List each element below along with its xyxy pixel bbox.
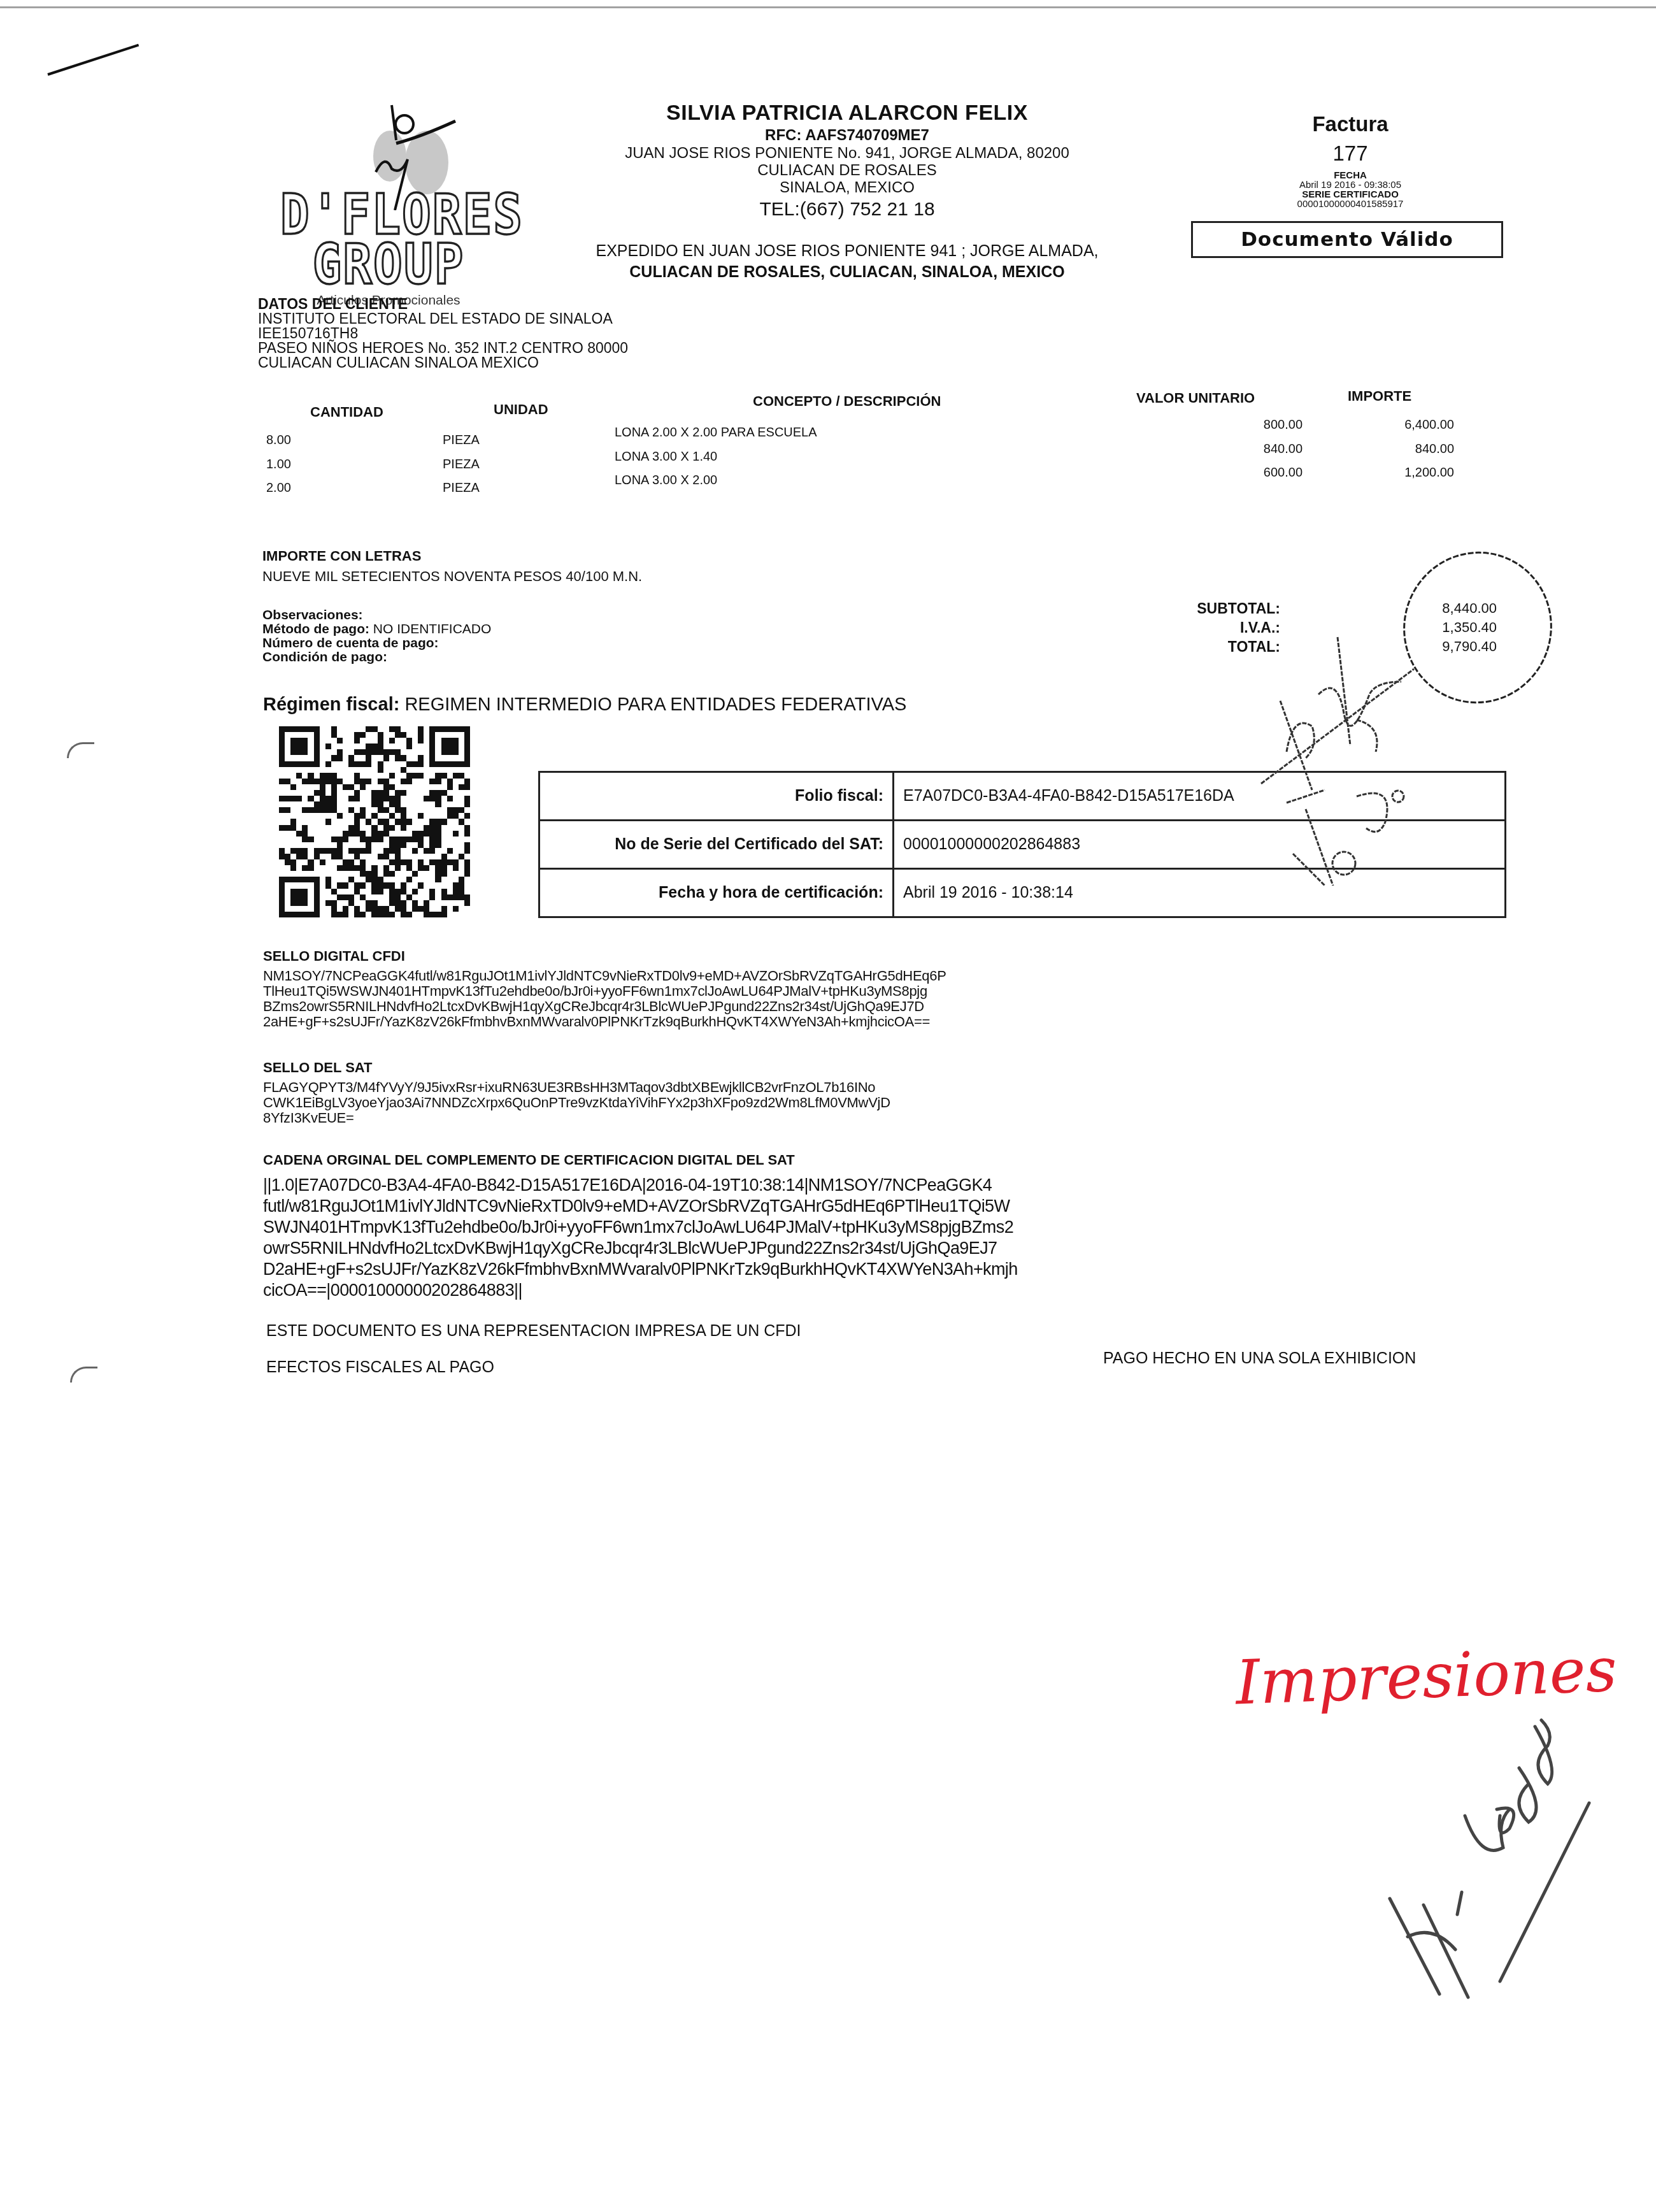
col-header-importe: IMPORTE [1348, 388, 1411, 405]
regimen-value: REGIMEN INTERMEDIO PARA ENTIDADES FEDERA… [404, 694, 906, 715]
issuer-address-line: CULIACAN DE ROSALES [560, 162, 1134, 179]
invoice-id-block: Factura 177 FECHA Abril 19 2016 - 09:38:… [1191, 112, 1510, 209]
item-concepto: LONA 3.00 X 2.00 [615, 473, 717, 488]
hole-punch-mark [70, 1367, 97, 1382]
item-importe: 1,200.00 [1327, 466, 1454, 480]
item-cantidad: 8.00 [266, 433, 291, 448]
issuer-name: SILVIA PATRICIA ALARCON FELIX [560, 101, 1134, 126]
invoice-type: Factura [1191, 112, 1510, 136]
regimen-fiscal: Régimen fiscal: REGIMEN INTERMEDIO PARA … [263, 694, 906, 715]
efectos-fiscales: EFECTOS FISCALES AL PAGO [266, 1358, 494, 1377]
item-unidad: PIEZA [443, 481, 480, 496]
text-line: CWK1EiBgLV3yoeYjao3Ai7NNDZcXrpx6QuOnPTre… [263, 1095, 890, 1110]
item-concepto: LONA 2.00 X 2.00 PARA ESCUELA [615, 426, 817, 440]
sello-sat-title: SELLO DEL SAT [263, 1059, 890, 1076]
issuer-header: SILVIA PATRICIA ALARCON FELIX RFC: AAFS7… [560, 101, 1134, 220]
issuer-address-line: JUAN JOSE RIOS PONIENTE No. 941, JORGE A… [560, 145, 1134, 162]
amount-words-value: NUEVE MIL SETECIENTOS NOVENTA PESOS 40/1… [262, 568, 642, 585]
item-valor_unitario: 800.00 [1175, 418, 1303, 433]
item-importe: 840.00 [1327, 442, 1454, 457]
col-header-cantidad: CANTIDAD [310, 404, 383, 420]
cert-label: Fecha y hora de certificación: [539, 869, 894, 917]
cfdi-note: ESTE DOCUMENTO ES UNA REPRESENTACION IMP… [266, 1322, 801, 1340]
status-badge: Documento Válido [1191, 221, 1503, 258]
amount-words-block: IMPORTE CON LETRAS NUEVE MIL SETECIENTOS… [262, 548, 642, 585]
text-line: SWJN401HTmpvK13fTu2ehdbe0o/bJr0i+yyoFF6w… [263, 1217, 1018, 1238]
text-line: futl/w81RguJOt1M1ivlYJldNTC9vNieRxTD0lv9… [263, 1196, 1018, 1217]
metodo-label: Método de pago: [262, 622, 369, 636]
item-importe: 6,400.00 [1327, 418, 1454, 433]
condicion-label: Condición de pago: [262, 650, 387, 664]
client-address: PASEO NIÑOS HEROES No. 352 INT.2 CENTRO … [258, 341, 628, 355]
observations-title: Observaciones: [262, 608, 491, 622]
client-section-title: DATOS DEL CLIENTE [258, 297, 628, 312]
issuer-phone: TEL:(667) 752 21 18 [560, 199, 1134, 220]
expedido-line: EXPEDIDO EN JUAN JOSE RIOS PONIENTE 941 … [560, 241, 1134, 262]
regimen-label: Régimen fiscal: [263, 694, 399, 715]
cadena-title: CADENA ORGINAL DEL COMPLEMENTO DE CERTIF… [263, 1152, 1018, 1168]
item-concepto: LONA 3.00 X 1.40 [615, 450, 717, 464]
text-line: 2aHE+gF+s2sUJFr/YazK8zV26kFfmbhvBxnMWvar… [263, 1014, 946, 1030]
pen-mark [47, 44, 139, 76]
client-name: INSTITUTO ELECTORAL DEL ESTADO DE SINALO… [258, 312, 628, 326]
observations-block: Observaciones: Método de pago: NO IDENTI… [262, 608, 491, 664]
text-line: NM1SOY/7NCPeaGGK4futl/w81RguJOt1M1ivlYJl… [263, 968, 946, 984]
invoice-date-label: FECHA [1191, 171, 1510, 180]
client-rfc: IEE150716TH8 [258, 326, 628, 341]
item-unidad: PIEZA [443, 433, 480, 448]
invoice-number: 177 [1191, 141, 1510, 166]
cuenta-label: Número de cuenta de pago: [262, 636, 439, 650]
cert-label: No de Serie del Certificado del SAT: [539, 821, 894, 869]
item-valor_unitario: 600.00 [1175, 466, 1303, 480]
col-header-valor-unitario: VALOR UNITARIO [1136, 390, 1255, 406]
company-logo: D'FLORES GROUP Articulos Promocionales [280, 102, 497, 293]
col-header-unidad: UNIDAD [494, 401, 548, 418]
sello-cfdi-title: SELLO DIGITAL CFDI [263, 948, 946, 965]
col-header-concepto: CONCEPTO / DESCRIPCIÓN [753, 393, 941, 410]
invoice-date: Abril 19 2016 - 09:38:05 [1191, 180, 1510, 190]
item-valor_unitario: 840.00 [1175, 442, 1303, 457]
serie-label: SERIE CERTIFICADO [1191, 190, 1510, 199]
item-unidad: PIEZA [443, 457, 480, 472]
cadena-block: CADENA ORGINAL DEL COMPLEMENTO DE CERTIF… [263, 1152, 1018, 1301]
text-line: ||1.0|E7A07DC0-B3A4-4FA0-B842-D15A517E16… [263, 1175, 1018, 1196]
text-line: owrS5RNILHNdvfHo2LtcxDvKBwjH1qyXgCReJbcq… [263, 1238, 1018, 1259]
amount-words-title: IMPORTE CON LETRAS [262, 548, 642, 564]
handwritten-category: Impresiones [1234, 1634, 1618, 1719]
expedido-en: EXPEDIDO EN JUAN JOSE RIOS PONIENTE 941 … [560, 241, 1134, 283]
signature-scribble [1248, 618, 1465, 886]
client-city: CULIACAN CULIACAN SINALOA MEXICO [258, 355, 628, 370]
client-block: DATOS DEL CLIENTE INSTITUTO ELECTORAL DE… [258, 297, 628, 370]
text-line: D2aHE+gF+s2sUJFr/YazK8zV26kFfmbhvBxnMWva… [263, 1259, 1018, 1280]
qr-code-icon [279, 723, 470, 921]
scan-top-edge [0, 6, 1656, 8]
text-line: TlHeu1TQi5WSWJN401HTmpvK13fTu2ehdbe0o/bJ… [263, 984, 946, 999]
text-line: 8YfzI3KvEUE= [263, 1110, 890, 1126]
sello-cfdi-block: SELLO DIGITAL CFDI NM1SOY/7NCPeaGGK4futl… [263, 948, 946, 1030]
pago-exhibicion: PAGO HECHO EN UNA SOLA EXHIBICION [1103, 1349, 1416, 1368]
subtotal-label: SUBTOTAL: [1178, 599, 1280, 618]
logo-word-2: GROUP [280, 231, 497, 296]
item-cantidad: 1.00 [266, 457, 291, 472]
item-cantidad: 2.00 [266, 481, 291, 496]
handwritten-number [1338, 1707, 1592, 2013]
issuer-address-line: SINALOA, MEXICO [560, 179, 1134, 196]
text-line: BZms2owrS5RNILHNdvfHo2LtcxDvKBwjH1qyXgCR… [263, 999, 946, 1014]
text-line: FLAGYQPYT3/M4fYVyY/9J5ivxRsr+ixuRN63UE3R… [263, 1080, 890, 1095]
metodo-value: NO IDENTIFICADO [373, 622, 492, 636]
hole-punch-mark [67, 742, 94, 758]
serie-value: 00001000000401585917 [1191, 199, 1510, 209]
expedido-line: CULIACAN DE ROSALES, CULIACAN, SINALOA, … [560, 262, 1134, 283]
sello-sat-block: SELLO DEL SAT FLAGYQPYT3/M4fYVyY/9J5ivxR… [263, 1059, 890, 1126]
cert-label: Folio fiscal: [539, 772, 894, 821]
issuer-rfc: RFC: AAFS740709ME7 [560, 127, 1134, 145]
text-line: cicOA==|00001000000202864883|| [263, 1280, 1018, 1301]
